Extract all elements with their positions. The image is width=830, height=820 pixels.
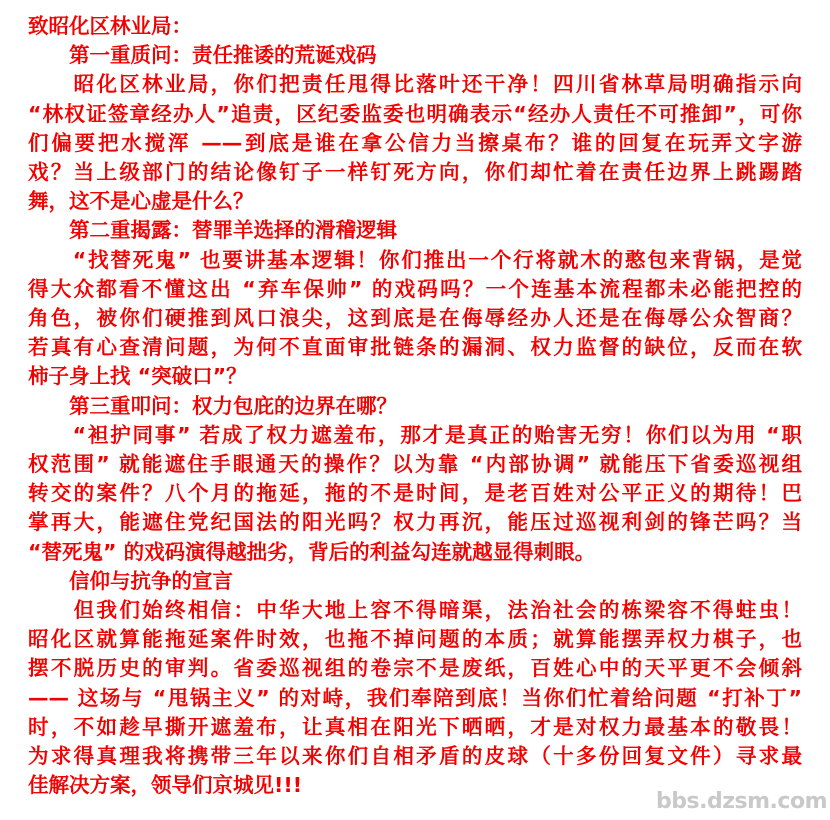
- body-text-line: 昭化区就算能拖延案件时效，也拖不掉问题的本质；就算能摆弄权力棋子，也: [28, 625, 802, 654]
- body-text-line: 转交的案件？八个月的拖延，拖的不是时间，是老百姓对公平正义的期待！巴: [28, 479, 802, 508]
- body-text-line: 掌再大，能遮住党纪国法的阳光吗？权力再沉，能压过巡视利剑的锋芒吗？当: [28, 508, 802, 537]
- body-text-line: 舞，这不是心虚是什么？: [28, 187, 802, 216]
- salutation-line: 致昭化区林业局：: [28, 12, 802, 41]
- body-text-line: 时，不如趁早撕开遮羞布，让真相在阳光下晒晒，才是对权力最基本的敬畏！: [28, 713, 802, 742]
- body-text-line: 若真有心查清问题，为何不直面审批链条的漏洞、权力监督的缺位，反而在软: [28, 333, 802, 362]
- body-text-line: “袒护同事” 若成了权力遮羞布，那才是真正的贻害无穷！你们以为用 “职: [28, 421, 802, 450]
- letter-body: 致昭化区林业局： 第一重质问：责任推诿的荒诞戏码 昭化区林业局，你们把责任甩得比…: [28, 12, 802, 800]
- body-text-line: 们偏要把水搅浑 ——到底是谁在拿公信力当擦桌布？谁的回复在玩弄文字游: [28, 129, 802, 158]
- body-text-line: 得大众都看不懂这出 “弃车保帅” 的戏码吗？一个连基本流程都未必能把控的: [28, 275, 802, 304]
- body-text-line: —— 这场与 “甩锅主义” 的对峙，我们奉陪到底！当你们忙着给问题 “打补丁”: [28, 684, 802, 713]
- body-text-line: 角色，被你们硬推到风口浪尖，这到底是在侮辱经办人还是在侮辱公众智商？: [28, 304, 802, 333]
- body-text-line: “找替死鬼” 也要讲基本逻辑！你们推出一个行将就木的憨包来背锅，是觉: [28, 246, 802, 275]
- body-text-line: 为求得真理我将携带三年以来你们自相矛盾的皮球（十多份回复文件）寻求最: [28, 742, 802, 771]
- section-1-heading: 第一重质问：责任推诿的荒诞戏码: [28, 41, 802, 70]
- body-text-line: 但我们始终相信：中华大地上容不得暗渠，法治社会的栋梁容不得蛀虫！: [28, 596, 802, 625]
- declaration-heading: 信仰与抗争的宣言: [28, 567, 802, 596]
- body-text-line: 权范围” 就能遮住手眼通天的操作？以为靠 “内部协调” 就能压下省委巡视组: [28, 450, 802, 479]
- body-text-line: 柿子身上找 “突破口”？: [28, 362, 802, 391]
- body-text-line: 戏？当上级部门的结论像钉子一样钉死方向，你们却忙着在责任边界上跳踢踏: [28, 158, 802, 187]
- section-2-heading: 第二重揭露：替罪羊选择的滑稽逻辑: [28, 216, 802, 245]
- body-text-line: 昭化区林业局，你们把责任甩得比落叶还干净！四川省林草局明确指示向: [28, 70, 802, 99]
- site-watermark: bbs.dzsm.com: [656, 789, 827, 814]
- document-page: 致昭化区林业局： 第一重质问：责任推诿的荒诞戏码 昭化区林业局，你们把责任甩得比…: [0, 0, 830, 820]
- body-text-line: “林权证签章经办人”追责，区纪委监委也明确表示“经办人责任不可推卸”，可你: [28, 100, 802, 129]
- body-text-line: 摆不脱历史的审判。省委巡视组的卷宗不是废纸，百姓心中的天平更不会倾斜: [28, 654, 802, 683]
- body-text-line: “替死鬼” 的戏码演得越拙劣，背后的利益勾连就越显得刺眼。: [28, 538, 802, 567]
- section-3-heading: 第三重叩问：权力包庇的边界在哪？: [28, 392, 802, 421]
